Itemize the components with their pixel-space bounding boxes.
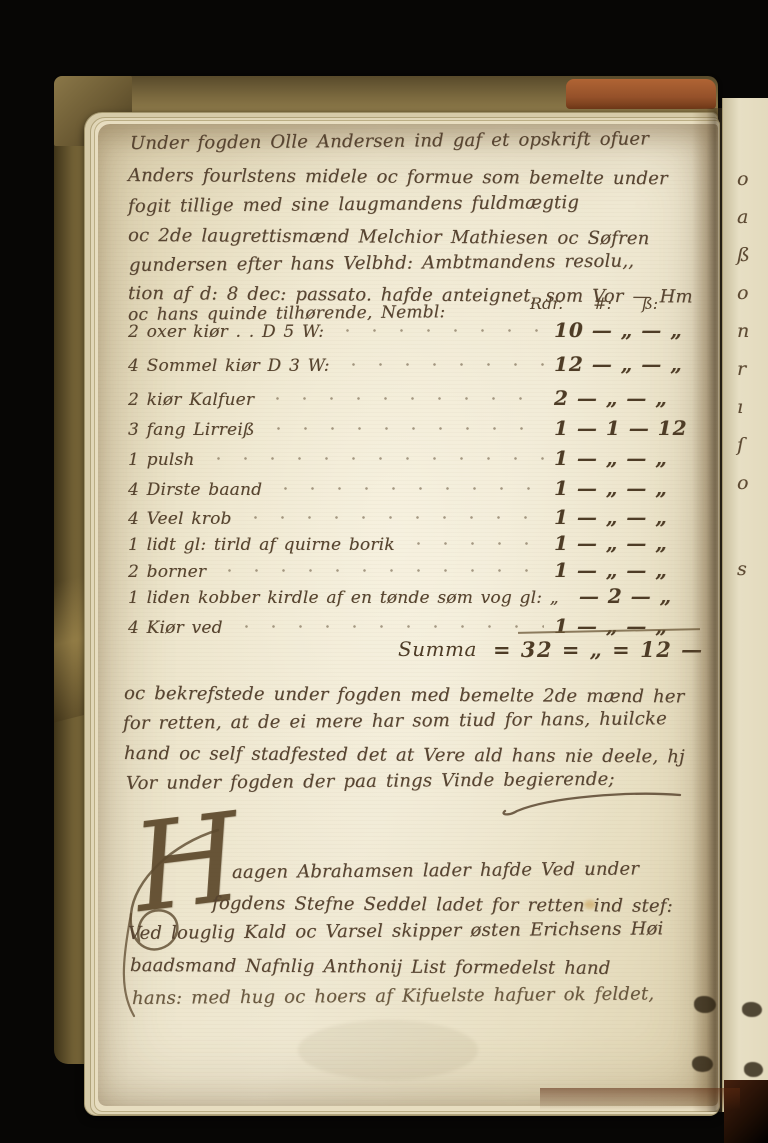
- table-row: 4 Kiør ved 1 — „ — „: [128, 614, 706, 638]
- smudge: [298, 1020, 478, 1080]
- item-value: — 2 — „: [579, 584, 706, 608]
- column-header-ort: #:: [593, 294, 612, 313]
- dot-leader: [405, 539, 544, 547]
- paragraph-line: oc 2de laugrettismænd Melchior Mathiesen…: [128, 225, 650, 249]
- table-row: 3 fang Lirreiß 1 — 1 — 12: [128, 416, 706, 440]
- bottom-binding-edge: [540, 1088, 740, 1110]
- manuscript-page: Under fogden Olle Andersen ind gaf et op…: [98, 124, 718, 1106]
- binding-tie: [694, 996, 716, 1013]
- facing-text-fragment: ß: [737, 244, 750, 266]
- facing-text-fragment: o: [737, 168, 748, 190]
- binding-tie: [692, 1056, 713, 1072]
- paragraph-line: hand oc self stadfested det at Vere ald …: [124, 743, 685, 767]
- dot-leader: [264, 394, 544, 402]
- item-value: 1 — „ — „: [554, 531, 706, 555]
- table-row: 2 kiør Kalfuer 2 — „ — „: [128, 386, 706, 410]
- item-value: 1 — 1 — 12: [554, 416, 706, 440]
- table-row: 2 oxer kiør . . D 5 W: 10 — „ — „: [128, 318, 706, 342]
- value-column-headers: Rdr. #: ß:: [530, 294, 658, 313]
- item-value: 12 — „ — „: [554, 352, 706, 376]
- facing-text-fragment: a: [737, 206, 748, 228]
- entry-line: fogdens Stefne Seddel ladet for retten i…: [212, 893, 673, 917]
- table-row: 4 Dirste baand 1 — „ — „: [128, 476, 706, 500]
- sum-value: = 32 = „ = 12 —: [493, 637, 704, 662]
- paragraph-line: Under fogden Olle Andersen ind gaf et op…: [130, 128, 649, 154]
- facing-text-fragment: o: [737, 472, 748, 494]
- facing-text-fragment: ſ: [737, 434, 744, 456]
- facing-text-fragment: s: [737, 558, 747, 580]
- item-label: 1 liden kobber kirdle af en tønde søm vo…: [128, 588, 559, 608]
- paragraph-line: oc bekrefstede under fogden med bemelte …: [124, 683, 685, 707]
- dot-leader: [265, 424, 544, 432]
- column-header-rdr: Rdr.: [530, 294, 563, 313]
- entry-line: hans: med hug oc hoers af Kifuelste hafu…: [132, 983, 654, 1009]
- item-label: 2 kiør Kalfuer: [128, 390, 254, 410]
- item-label: 4 Sommel kiør D 3 W:: [128, 356, 330, 376]
- item-value: 10 — „ — „: [554, 318, 706, 342]
- item-label: 3 fang Lirreiß: [128, 420, 255, 440]
- paragraph-line: Anders fourlstens midele oc formue som b…: [128, 165, 668, 189]
- facing-text-fragment: ı: [737, 396, 743, 418]
- facing-text-fragment: o: [737, 282, 748, 304]
- sum-label: Summa: [398, 637, 477, 662]
- table-row: 4 Veel krob 1 — „ — „: [128, 505, 706, 529]
- facing-page-sliver: o a ß o n r ı ſ o s: [722, 98, 768, 1112]
- dot-leader: [233, 622, 544, 630]
- item-label: 2 oxer kiør . . D 5 W:: [128, 322, 324, 342]
- item-value: 1 — „ — „: [554, 614, 706, 638]
- dot-leader: [272, 484, 544, 492]
- dot-leader: [340, 360, 544, 368]
- table-row: 2 borner 1 — „ — „: [128, 558, 706, 582]
- table-row: 1 lidt gl: tirld af quirne borik 1 — „ —…: [128, 531, 706, 555]
- gutter-fold: [692, 108, 724, 1112]
- item-value: 1 — „ — „: [554, 476, 706, 500]
- binding-tie: [742, 1002, 762, 1017]
- table-row: 1 liden kobber kirdle af en tønde søm vo…: [128, 584, 706, 608]
- table-row: 4 Sommel kiør D 3 W: 12 — „ — „: [128, 352, 706, 376]
- item-label: 4 Veel krob: [128, 509, 232, 529]
- sum-line: Summa = 32 = „ = 12 —: [398, 637, 704, 662]
- entry-line: Ved louglig Kald oc Varsel skipper østen…: [128, 918, 664, 944]
- facing-text-fragment: n: [737, 320, 749, 342]
- item-value: 2 — „ — „: [554, 386, 706, 410]
- scanned-book-spread: Under fogden Olle Andersen ind gaf et op…: [0, 0, 768, 1143]
- binding-tie: [744, 1062, 763, 1077]
- item-label: 4 Kiør ved: [128, 618, 223, 638]
- flourish-divider: [498, 786, 686, 818]
- table-row: 1 pulsh 1 — „ — „: [128, 446, 706, 470]
- dot-leader: [242, 513, 544, 521]
- paragraph-line: fogit tillige med sine laugmandens fuldm…: [128, 192, 579, 217]
- facing-text-fragment: r: [737, 358, 746, 380]
- item-label: 1 pulsh: [128, 450, 195, 470]
- item-label: 4 Dirste baand: [128, 480, 262, 500]
- red-leather-spine-segment: [566, 79, 716, 109]
- paragraph-line: for retten, at de ei mere har som tiud f…: [123, 708, 667, 734]
- entry-line: aagen Abrahamsen lader hafde Ved under: [232, 858, 639, 883]
- paragraph-line: gundersen efter hans Velbhd: Ambtmandens…: [129, 251, 634, 276]
- item-label: 2 borner: [128, 562, 206, 582]
- item-value: 1 — „ — „: [554, 505, 706, 529]
- dot-leader: [205, 454, 544, 462]
- column-header-skilling: ß:: [642, 294, 658, 313]
- entry-line: baadsmand Nafnlig Anthonij List formedel…: [130, 955, 611, 979]
- item-label: 1 lidt gl: tirld af quirne borik: [128, 535, 395, 555]
- dot-leader: [334, 326, 544, 334]
- item-value: 1 — „ — „: [554, 558, 706, 582]
- item-value: 1 — „ — „: [554, 446, 706, 470]
- dot-leader: [216, 566, 544, 574]
